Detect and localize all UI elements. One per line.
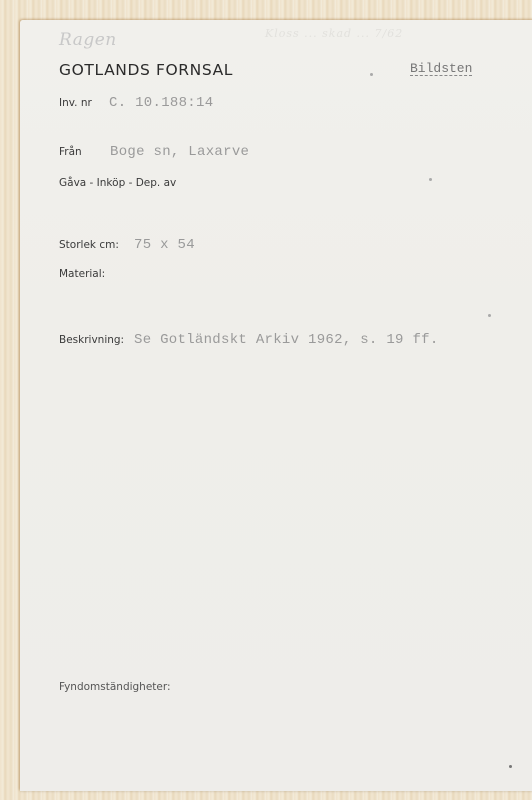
speck	[370, 73, 373, 76]
find-circumstances-label: Fyndomständigheter:	[59, 681, 171, 693]
speck	[509, 765, 512, 768]
faint-handwritten-note: Kloss ... skad ... 7/62	[265, 27, 403, 40]
inventory-label: Inv. nr	[59, 97, 92, 109]
from-label: Från	[59, 146, 82, 158]
organization-title: GOTLANDS FORNSAL	[59, 61, 233, 79]
size-label: Storlek cm:	[59, 239, 119, 251]
acquisition-label: Gåva - Inköp - Dep. av	[59, 177, 176, 189]
from-value: Boge sn, Laxarve	[110, 144, 249, 160]
description-label: Beskrivning:	[59, 334, 124, 346]
category-label: Bildsten	[410, 62, 472, 76]
inventory-value: C. 10.188:14	[109, 95, 213, 111]
description-value: Se Gotländskt Arkiv 1962, s. 19 ff.	[134, 332, 439, 348]
speck	[429, 178, 432, 181]
size-value: 75 x 54	[134, 237, 195, 253]
speck	[488, 314, 491, 317]
handwritten-note: Ragen	[59, 30, 117, 50]
material-label: Material:	[59, 268, 105, 280]
catalog-card	[20, 20, 532, 791]
